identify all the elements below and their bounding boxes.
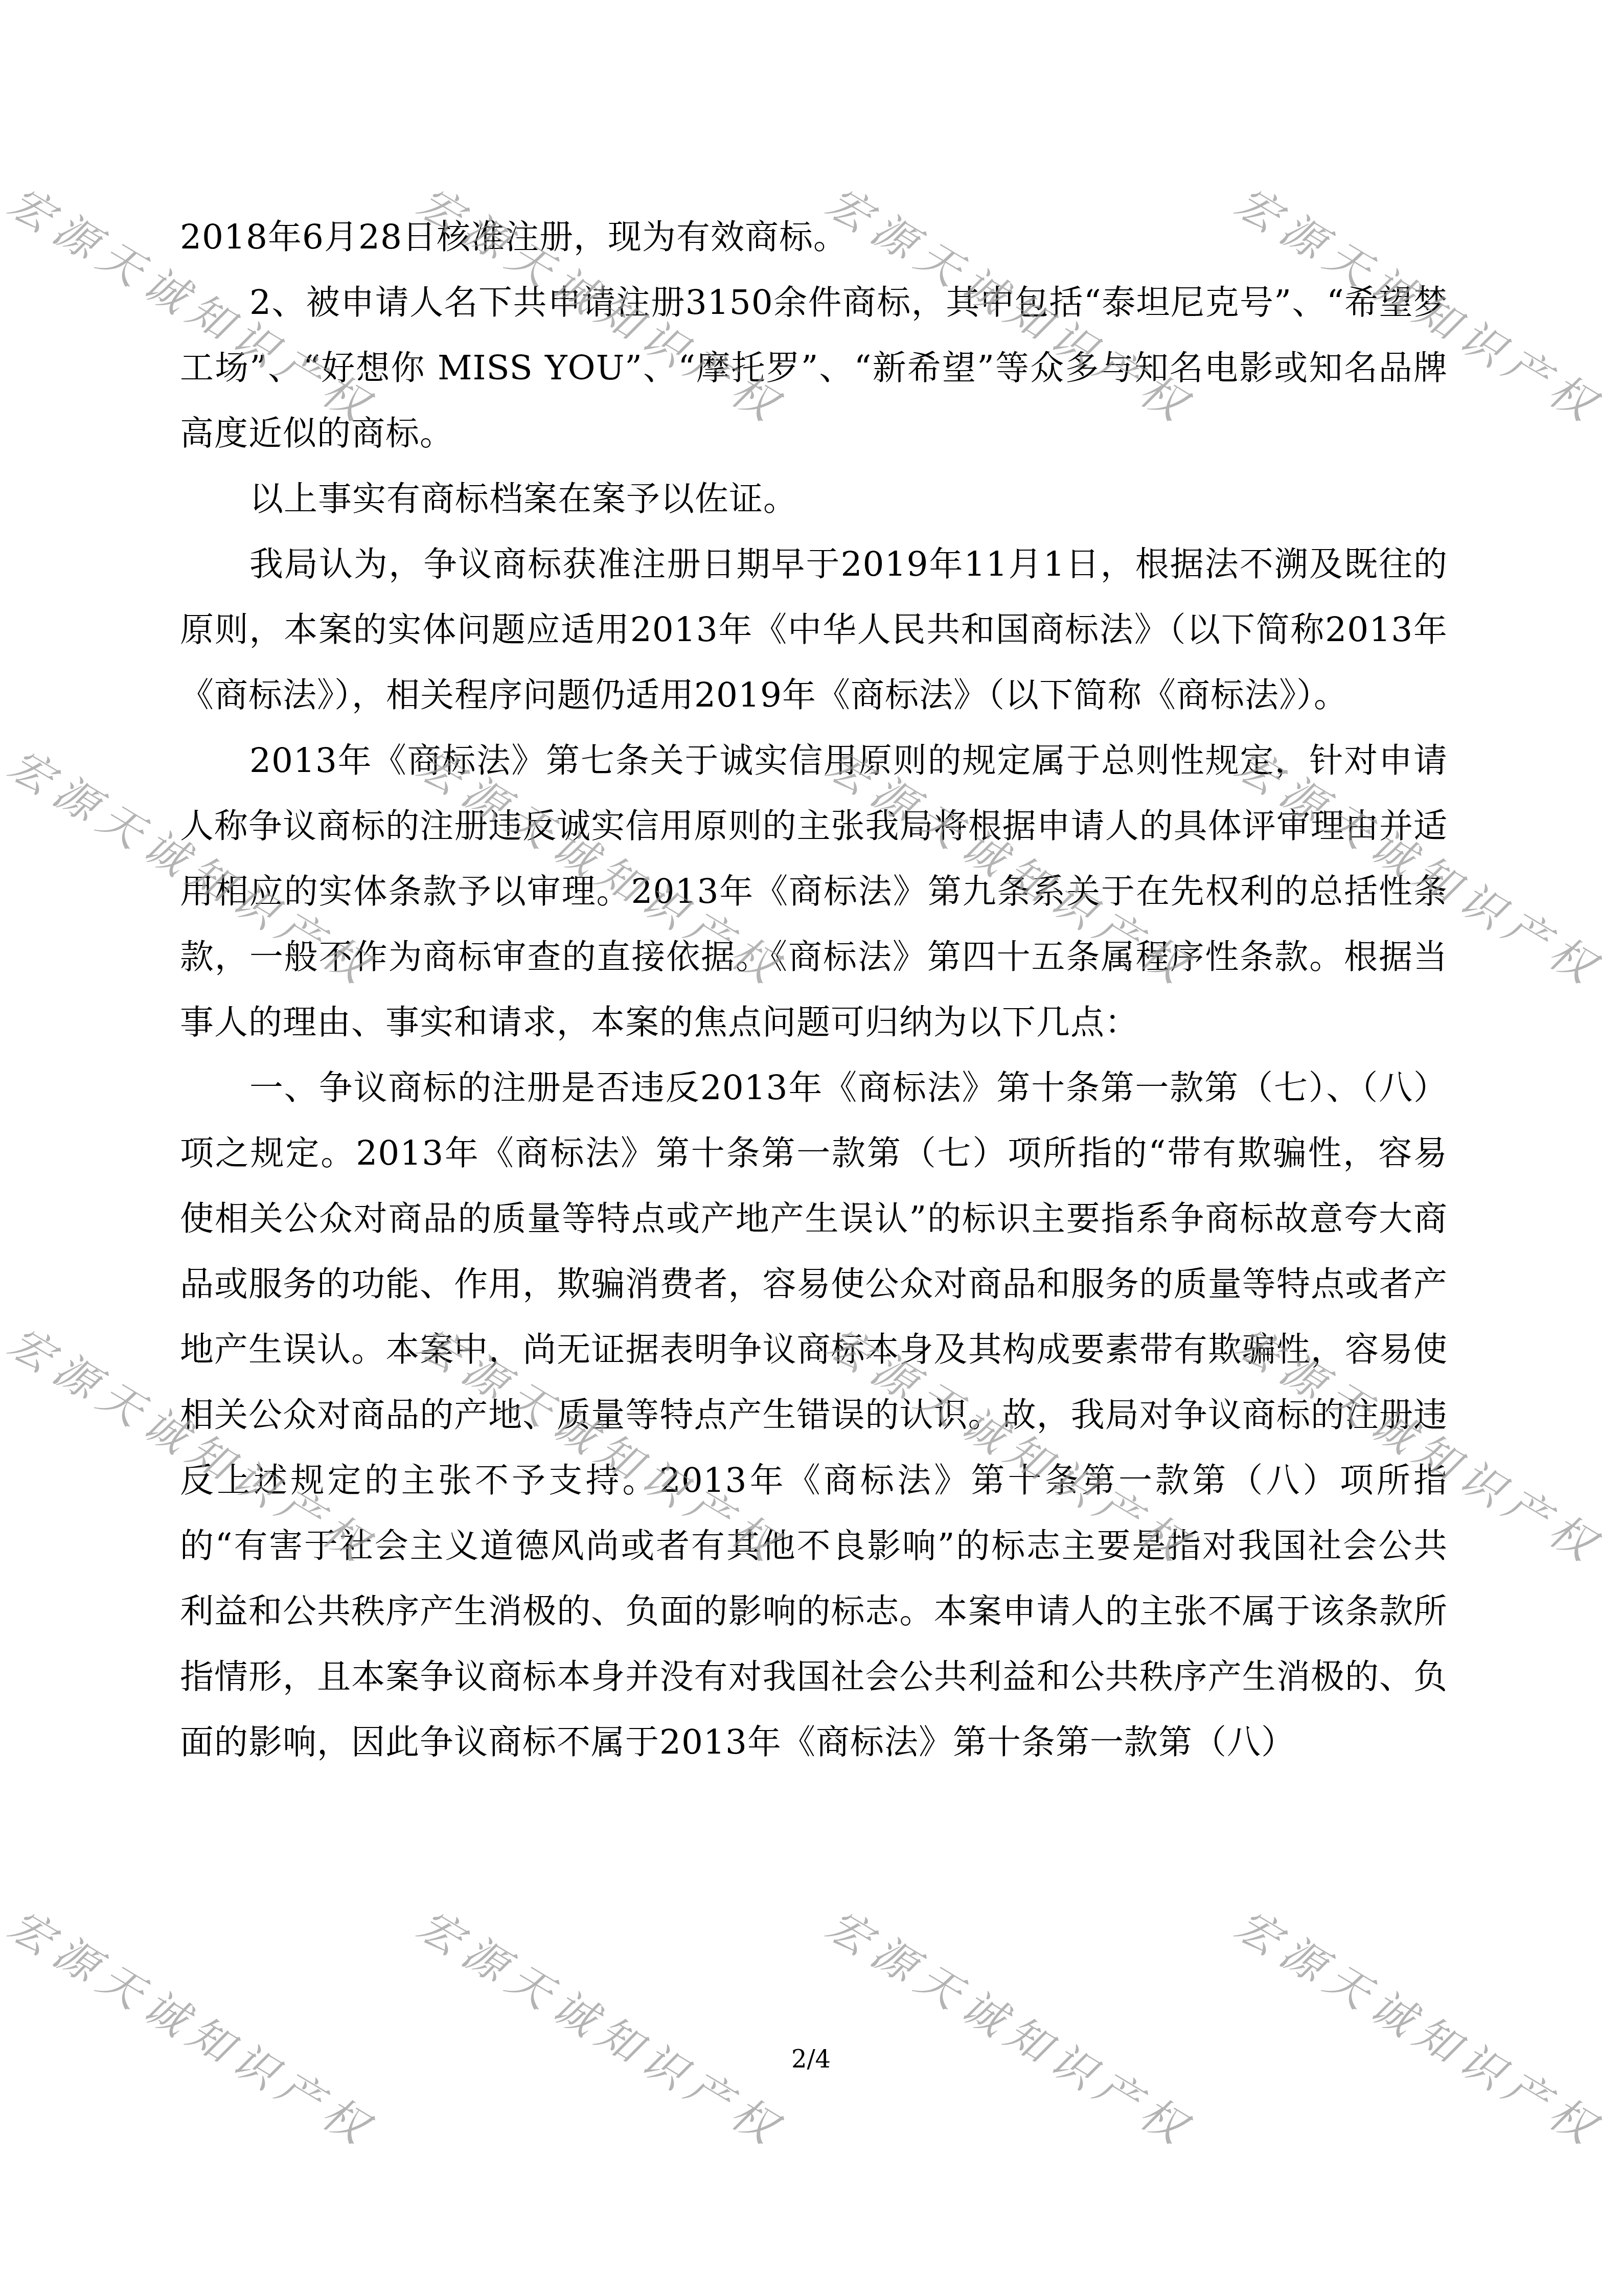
paragraph-applicable-law: 我局认为，争议商标获准注册日期早于2019年11月1日，根据法不溯及既往的原则，… xyxy=(180,532,1448,728)
paragraph-general-provisions: 2013年《商标法》第七条关于诚实信用原则的规定属于总则性规定，针对申请人称争议… xyxy=(180,728,1448,1055)
paragraph-registration-date: 2018年6月28日核准注册，现为有效商标。 xyxy=(180,204,1448,270)
paragraph-respondent-trademarks: 2、被申请人名下共申请注册3150余件商标，其中包括“泰坦尼克号”、“希望梦工场… xyxy=(180,270,1448,466)
watermark-text: 宏源天诚知识产权 xyxy=(0,1892,388,2159)
document-body: 2018年6月28日核准注册，现为有效商标。 2、被申请人名下共申请注册3150… xyxy=(180,204,1448,1775)
watermark-text: 宏源天诚知识产权 xyxy=(1226,1892,1615,2159)
paragraph-evidence: 以上事实有商标档案在案予以佐证。 xyxy=(180,466,1448,532)
watermark-text: 宏源天诚知识产权 xyxy=(408,1892,797,2159)
paragraph-issue-one: 一、争议商标的注册是否违反2013年《商标法》第十条第一款第（七）、（八）项之规… xyxy=(180,1055,1448,1775)
document-page: 2018年6月28日核准注册，现为有效商标。 2、被申请人名下共申请注册3150… xyxy=(0,0,1622,2296)
page-number: 2/4 xyxy=(0,2045,1622,2074)
watermark-text: 宏源天诚知识产权 xyxy=(817,1892,1206,2159)
